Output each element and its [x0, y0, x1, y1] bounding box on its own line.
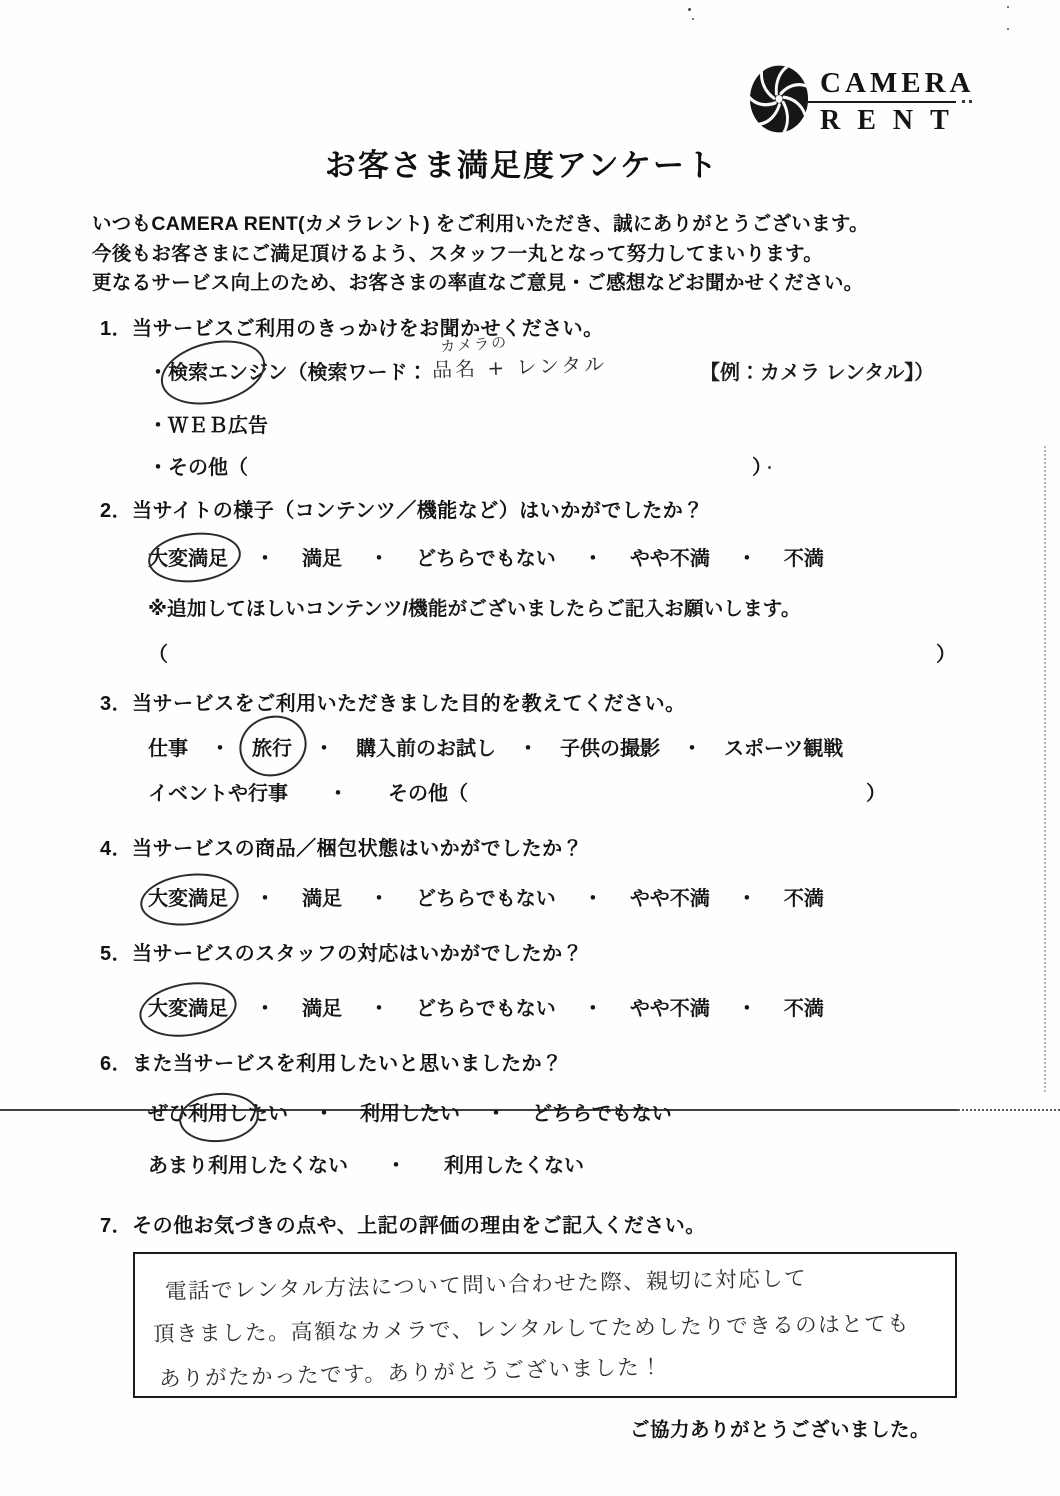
q4-options-row: 大変満足 ・ 満足 ・ どちらでもない ・ やや不満 ・ 不満 [148, 882, 824, 911]
logo-rent-text: RENT [820, 105, 975, 137]
q1-search-label-rest: ジン（検索ワード： [248, 356, 428, 385]
page-title: お客さま満足度アンケート [0, 140, 1044, 185]
q5-options-row: 大変満足 ・ 満足 ・ どちらでもない ・ やや不満 ・ 不満 [148, 992, 824, 1021]
scan-artifact-dotted-edge [1044, 446, 1046, 1092]
q1-handwritten-search-words: カメラの 品名 + レンタル [432, 330, 607, 380]
option-separator: ・ [518, 732, 538, 761]
q1-web-ad-option: ・ＷＥＢ広告 [148, 409, 268, 438]
option-separator: ・ [255, 992, 275, 1021]
scan-artifact-line-dotted [958, 1109, 1060, 1111]
question-7-label: 7．その他お気づきの点や、上記の評価の理由をご記入ください。 [100, 1209, 706, 1238]
q1-search-engine-option: ・検索エンジン（検索ワード： [148, 356, 428, 385]
q1-search-circled-answer: 検索エン [168, 356, 248, 385]
q6-option-pre: ぜひ [148, 1103, 188, 1125]
q2-option-very-satisfied: 大変満足 [148, 542, 228, 571]
question-5-label: 5．当サービスのスタッフの対応はいかがでしたか？ [100, 937, 583, 966]
q5-option-very-satisfied: 大変満足 [148, 992, 228, 1021]
q2-options-row: 大変満足 ・ 満足 ・ どちらでもない ・ やや不満 ・ 不満 [148, 542, 824, 571]
intro-paragraph: いつもCAMERA RENT(カメラレント) をご利用いただき、誠にありがとうご… [92, 210, 869, 299]
option-separator: ・ [583, 882, 603, 911]
q2-close-paren: ） [936, 638, 956, 667]
q6-option-want-to-use: 利用したい [360, 1097, 460, 1126]
camera-aperture-icon [748, 64, 810, 139]
q2-note: ※追加してほしいコンテンツ/機能がございましたらご記入お願いします。 [148, 593, 801, 621]
handwritten-comment-line-2: 頂きました。高額なカメラで、レンタルしてためしたりできるのはとても [153, 1307, 911, 1349]
option-separator: ・ [328, 777, 348, 806]
scan-speck [1007, 28, 1009, 30]
q5-option-dissatisfied: 不満 [784, 992, 824, 1021]
option-separator: ・ [682, 732, 702, 761]
logo: CAMERA RENT [748, 64, 975, 139]
q3-option-work: 仕事 [148, 732, 188, 761]
intro-line-3: 更なるサービス向上のため、お客さまの率直なご意見・ご感想などお聞かせください。 [92, 269, 869, 299]
intro-line-1: いつもCAMERA RENT(カメラレント) をご利用いただき、誠にありがとうご… [92, 210, 869, 240]
q7-comment-box: 電話でレンタル方法について問い合わせた際、親切に対応して 頂きました。高額なカメ… [133, 1252, 957, 1398]
q3-options-row1: 仕事 ・ 旅行 ・ 購入前のお試し ・ 子供の撮影 ・ スポーツ観戦 [148, 732, 843, 761]
q6-options-row1: ぜひ利用したい ・ 利用したい ・ どちらでもない [148, 1097, 672, 1126]
option-separator: ・ [255, 542, 275, 571]
handwritten-comment-line-3: ありがたかったです。ありがとうございました！ [159, 1350, 664, 1393]
q6-option-definitely-want-to-use: ぜひ利用したい [148, 1097, 288, 1126]
q3-other-close-paren: ） [866, 777, 886, 806]
handwritten-comment-line-1: 電話でレンタル方法について問い合わせた際、親切に対応して [165, 1261, 808, 1305]
scanned-survey-page: CAMERA RENT お客さま満足度アンケート いつもCAMERA RENT(… [0, 0, 1060, 1496]
option-separator: ・ [314, 732, 334, 761]
q5-option-satisfied: 満足 [302, 992, 342, 1021]
q5-option-neutral: どちらでもない [416, 992, 556, 1021]
scan-speck [692, 18, 694, 20]
q3-options-row2: イベントや行事 ・ その他（ [148, 777, 468, 806]
logo-divider [806, 101, 956, 103]
question-3-label: 3．当サービスをご利用いただきました目的を教えてください。 [100, 687, 686, 716]
q1-other-close-paren: ） [752, 451, 772, 480]
footer-thanks-text: ご協力ありがとうございました。 [630, 1414, 930, 1442]
q3-option-trial-before-purchase: 購入前のお試し [356, 732, 496, 761]
q2-option-somewhat-dissatisfied: やや不満 [630, 542, 710, 571]
option-separator: ・ [737, 882, 757, 911]
option-separator: ・ [314, 1097, 334, 1126]
q2-option-dissatisfied: 不満 [784, 542, 824, 571]
question-4-label: 4．当サービスの商品／梱包状態はいかがでしたか？ [100, 832, 583, 861]
option-separator: ・ [583, 542, 603, 571]
q4-option-very-satisfied: 大変満足 [148, 882, 228, 911]
q4-option-neutral: どちらでもない [416, 882, 556, 911]
q1-example-hint: 【例：カメラ レンタル】） [700, 356, 934, 385]
q2-option-neutral: どちらでもない [416, 542, 556, 571]
q4-option-dissatisfied: 不満 [784, 882, 824, 911]
option-separator: ・ [737, 992, 757, 1021]
option-separator: ・ [486, 1097, 506, 1126]
q6-option-rather-not-use: あまり利用したくない [148, 1149, 348, 1178]
handwritten-note-main: 品名 + レンタル [432, 348, 608, 383]
question-2-label: 2．当サイトの様子（コンテンツ／機能など）はいかがでしたか？ [100, 494, 704, 523]
q2-open-paren: （ [148, 638, 168, 667]
option-separator: ・ [386, 1149, 406, 1178]
q3-option-events: イベントや行事 [148, 777, 288, 806]
intro-line-2: 今後もお客さまにご満足頂けるよう、スタッフ一丸となって努力してまいります。 [92, 240, 869, 270]
scan-speck [1007, 6, 1009, 8]
logo-wordmark: CAMERA RENT [820, 64, 975, 137]
q4-option-satisfied: 満足 [302, 882, 342, 911]
option-separator: ・ [369, 882, 389, 911]
q1-bullet: ・ [148, 356, 168, 385]
q6-circled-part: 利用し [188, 1103, 248, 1125]
logo-camera-text: CAMERA [820, 68, 975, 98]
q3-option-travel: 旅行 [252, 732, 292, 761]
option-separator: ・ [210, 732, 230, 761]
q2-option-satisfied: 満足 [302, 542, 342, 571]
q3-option-sports-watching: スポーツ観戦 [724, 732, 843, 761]
scan-speck [688, 8, 691, 11]
q4-option-somewhat-dissatisfied: やや不満 [630, 882, 710, 911]
question-6-label: 6．また当サービスを利用したいと思いましたか？ [100, 1047, 563, 1076]
q3-option-other: その他（ [388, 777, 468, 806]
option-separator: ・ [737, 542, 757, 571]
q3-option-kids-photos: 子供の撮影 [560, 732, 660, 761]
q6-options-row2: あまり利用したくない ・ 利用したくない [148, 1149, 584, 1178]
option-separator: ・ [369, 992, 389, 1021]
q1-other-option: ・その他（ [148, 451, 248, 480]
option-separator: ・ [583, 992, 603, 1021]
q6-option-do-not-want-to-use: 利用したくない [444, 1149, 584, 1178]
q6-option-post: たい [248, 1103, 288, 1125]
option-separator: ・ [255, 882, 275, 911]
q6-option-neutral: どちらでもない [532, 1097, 672, 1126]
option-separator: ・ [369, 542, 389, 571]
q5-option-somewhat-dissatisfied: やや不満 [630, 992, 710, 1021]
